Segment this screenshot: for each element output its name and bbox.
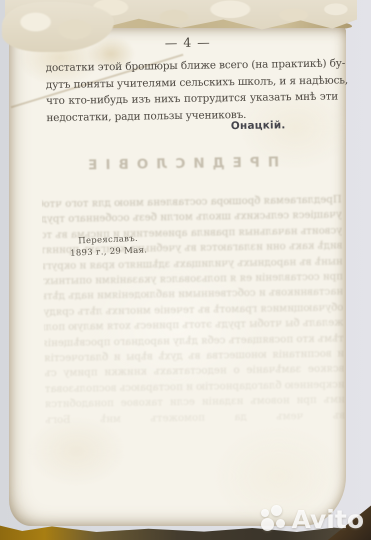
book-page: — 4 — достатки этой брошюры ближе всего … bbox=[9, 28, 346, 526]
avito-watermark: Avito bbox=[261, 505, 364, 533]
imprint: Переяславъ. 1893 г., 29 Мая. bbox=[62, 233, 155, 260]
photo-of-book-page: — 4 — достатки этой брошюры ближе всего … bbox=[0, 0, 371, 540]
page-content: — 4 — достатки этой брошюры ближе всего … bbox=[9, 25, 354, 528]
show-through-heading: ПРЕДИСЛОВІЕ bbox=[11, 153, 348, 174]
avito-logo-icon bbox=[261, 505, 289, 533]
avito-watermark-text: Avito bbox=[292, 507, 364, 533]
paragraph: достатки этой брошюры ближе всего (на пр… bbox=[45, 55, 338, 126]
show-through-paragraph: Предлагаемая брошюра составлена мною для… bbox=[42, 192, 346, 428]
